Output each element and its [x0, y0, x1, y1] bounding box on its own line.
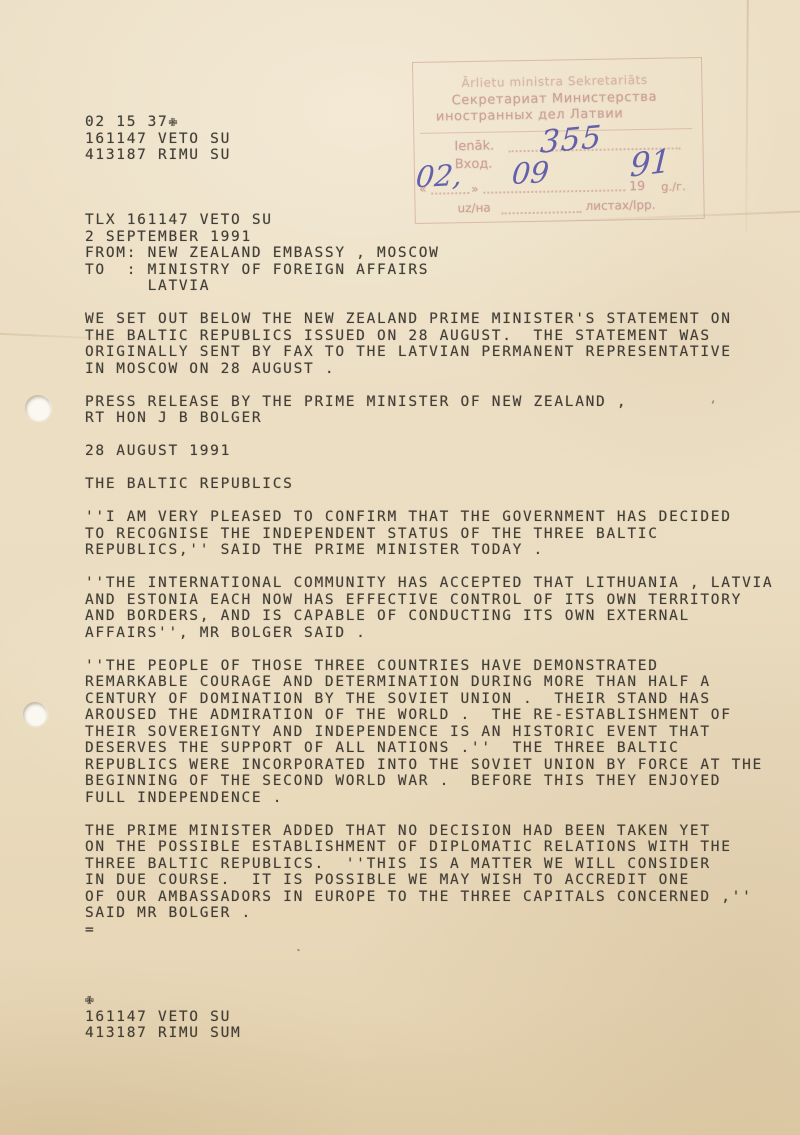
paper-crease: [745, 0, 749, 232]
stamp-dotted-line: [483, 177, 625, 193]
hole-punch-top: [25, 395, 51, 421]
hole-punch-bottom: [23, 702, 47, 726]
stamp-title-russian-line1: Секретариат Министерства: [452, 90, 658, 109]
scanned-telex-document: 02 15 37✙ 161147 VETO SU 413187 RIMU SU …: [0, 0, 800, 1135]
handwritten-year: 91: [629, 141, 671, 184]
telex-routing-header: 02 15 37✙ 161147 VETO SU 413187 RIMU SU: [85, 114, 231, 164]
stamp-close-quote: »: [471, 182, 479, 196]
stamp-dotted-line: [501, 199, 581, 214]
telex-message-body: TLX 161147 VETO SU 2 SEPTEMBER 1991 FROM…: [85, 212, 773, 938]
stamp-year-suffix: g./г.: [661, 179, 686, 193]
stamp-pages-label-left: uz/на: [457, 201, 490, 216]
telex-routing-footer: ✙ 161147 VETO SU 413187 RIMU SUM: [85, 992, 241, 1042]
paper-speck: [297, 948, 301, 951]
handwritten-month: 09: [511, 155, 551, 191]
stamp-incoming-label-lv: Ienāk.: [454, 139, 494, 155]
handwritten-day: 02,: [415, 158, 464, 195]
stamp-title-latvian: Ārlietu ministra Sekretariāts: [461, 73, 648, 90]
stamp-pages-label-right: листах/lpp.: [585, 198, 655, 213]
